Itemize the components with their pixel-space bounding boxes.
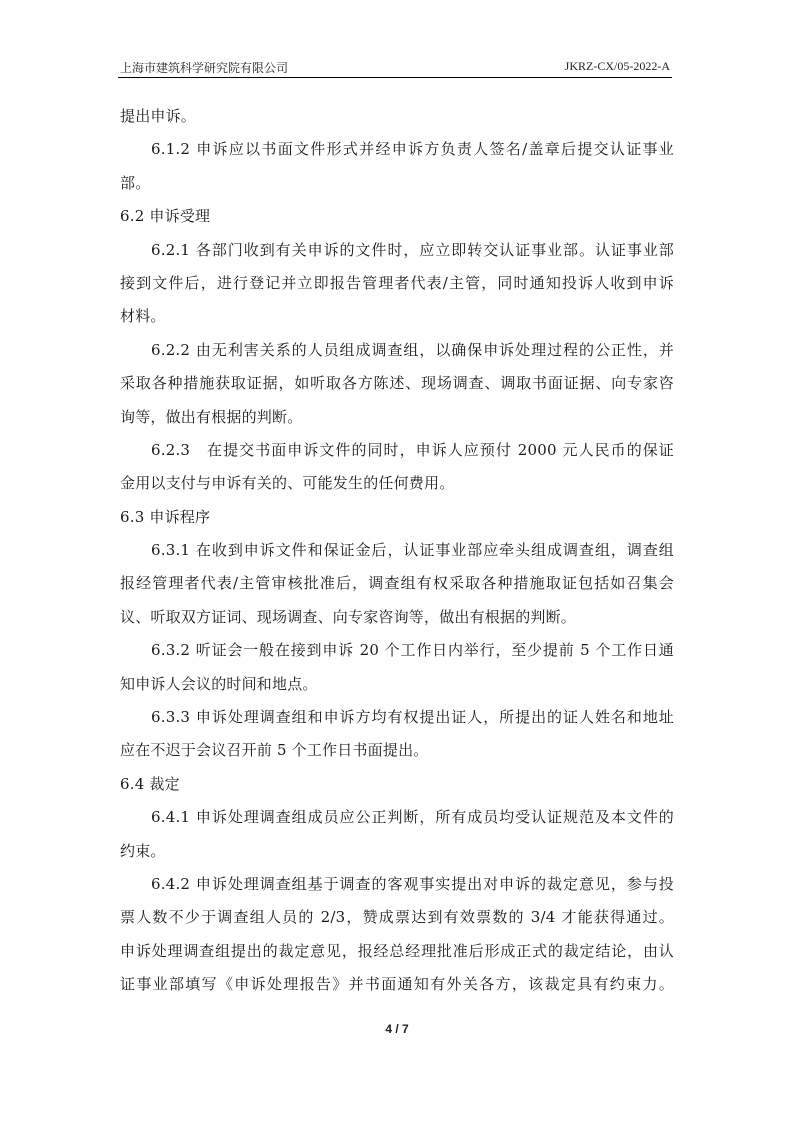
text-line: 应在不迟于会议召开前 5 个工作日书面提出。	[120, 734, 674, 767]
text-line: 6.3.1 在收到申诉文件和保证金后，认证事业部应牵头组成调查组，调查组	[120, 534, 674, 567]
text-line: 材料。	[120, 300, 674, 333]
page-number: 4 / 7	[0, 1022, 794, 1036]
section-heading: 6.2 申诉受理	[120, 200, 674, 233]
text-line: 约束。	[120, 835, 674, 868]
text-line: 6.2.3 在提交书面申诉文件的同时，申诉人应预付 2000 元人民币的保证	[120, 434, 674, 467]
organization-name: 上海市建筑科学研究院有限公司	[120, 59, 288, 76]
text-line: 金用以支付与申诉有关的、可能发生的任何费用。	[120, 467, 674, 500]
text-line: 采取各种措施获取证据，如听取各方陈述、现场调查、调取书面证据、向专家咨	[120, 367, 674, 400]
document-body: 提出申诉。 6.1.2 申诉应以书面文件形式并经申诉方负责人签名/盖章后提交认证…	[120, 100, 674, 1002]
section-heading: 6.4 裁定	[120, 768, 674, 801]
section-heading: 6.3 申诉程序	[120, 501, 674, 534]
text-line: 接到文件后，进行登记并立即报告管理者代表/主管，同时通知投诉人收到申诉	[120, 267, 674, 300]
text-line: 6.2.2 由无利害关系的人员组成调查组，以确保申诉处理过程的公正性，并	[120, 334, 674, 367]
text-line: 证事业部填写《申诉处理报告》并书面通知有外关各方，该裁定具有约束力。	[120, 968, 674, 1001]
text-line: 询等，做出有根据的判断。	[120, 401, 674, 434]
text-line: 6.4.2 申诉处理调查组基于调查的客观事实提出对申诉的裁定意见，参与投	[120, 868, 674, 901]
text-line: 知申诉人会议的时间和地点。	[120, 668, 674, 701]
text-line: 提出申诉。	[120, 100, 674, 133]
text-line: 票人数不少于调查组人员的 2/3，赞成票达到有效票数的 3/4 才能获得通过。	[120, 901, 674, 934]
document-code: JKRZ-CX/05-2022-A	[565, 59, 670, 74]
text-line: 议、听取双方证词、现场调查、向专家咨询等，做出有根据的判断。	[120, 601, 674, 634]
text-line: 6.1.2 申诉应以书面文件形式并经申诉方负责人签名/盖章后提交认证事业	[120, 133, 674, 166]
text-line: 申诉处理调查组提出的裁定意见，报经总经理批准后形成正式的裁定结论，由认	[120, 935, 674, 968]
text-line: 报经管理者代表/主管审核批准后，调查组有权采取各种措施取证包括如召集会	[120, 567, 674, 600]
text-line: 6.3.3 申诉处理调查组和申诉方均有权提出证人，所提出的证人姓名和地址	[120, 701, 674, 734]
text-line: 6.3.2 听证会一般在接到申诉 20 个工作日内举行，至少提前 5 个工作日通	[120, 634, 674, 667]
text-line: 6.4.1 申诉处理调查组成员应公正判断，所有成员均受认证规范及本文件的	[120, 801, 674, 834]
text-line: 6.2.1 各部门收到有关申诉的文件时，应立即转交认证事业部。认证事业部	[120, 234, 674, 267]
page-header: 上海市建筑科学研究院有限公司 JKRZ-CX/05-2022-A	[118, 57, 672, 78]
text-line: 部。	[120, 167, 674, 200]
